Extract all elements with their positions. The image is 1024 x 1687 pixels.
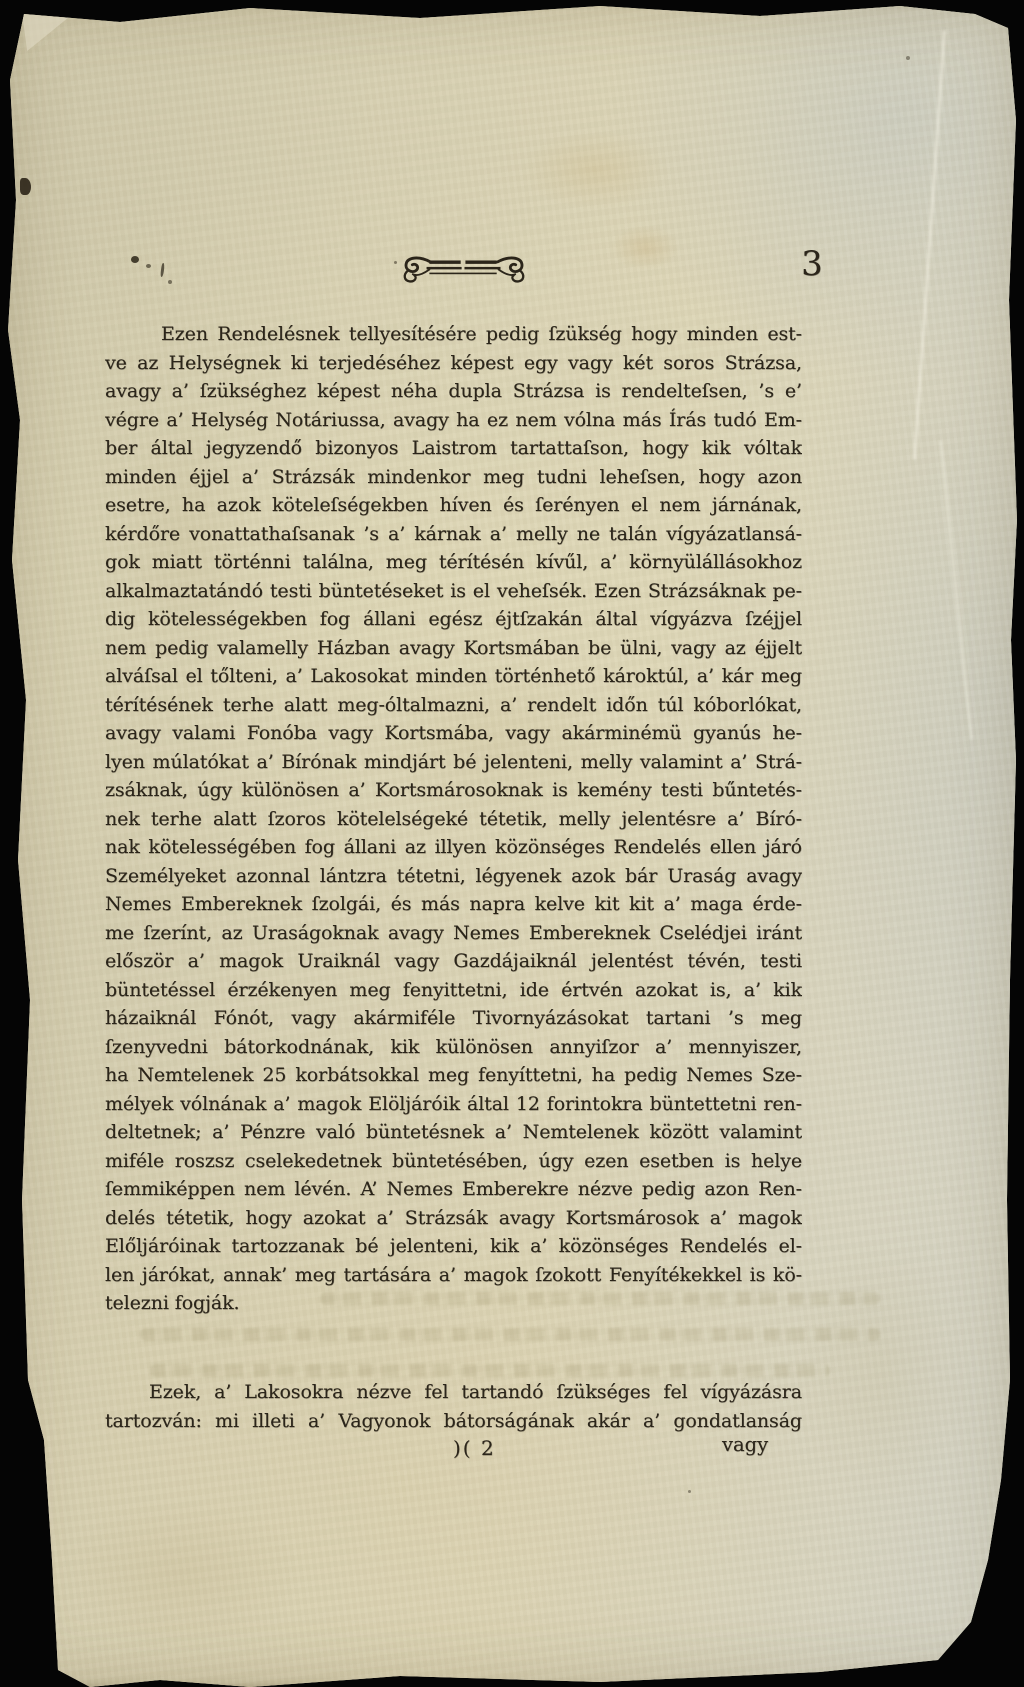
text-line: alváſsal el tőlteni, a’ Lakosokat minden… bbox=[105, 662, 802, 691]
scan-background: 3 Ezen Rendelésnek tellyesítésére pedig … bbox=[0, 0, 1024, 1687]
text-line: deltetnek; a’ Pénzre való büntetésnek a’… bbox=[105, 1118, 802, 1147]
text-line: tartozván: mi illeti a’ Vagyonok bátorsá… bbox=[105, 1407, 802, 1436]
text-line: házaiknál Fónót, vagy akármiféle Tivorny… bbox=[105, 1004, 802, 1033]
book-page: 3 Ezen Rendelésnek tellyesítésére pedig … bbox=[0, 0, 1024, 1687]
ink-speck bbox=[906, 56, 910, 60]
text-line: nem pedig valamelly Házban avagy Kortsmá… bbox=[105, 634, 802, 663]
ink-speck bbox=[688, 1490, 691, 1493]
corner-fold-top-left bbox=[22, 13, 74, 51]
text-line: térítésének terhe alatt meg-óltalmazni, … bbox=[105, 691, 802, 720]
text-line: nek terhe alatt ſzoros kötelelségeké tét… bbox=[105, 805, 802, 834]
text-line: me ſzerínt, az Uraságoknak avagy Nemes E… bbox=[105, 919, 802, 948]
ink-speck bbox=[20, 178, 31, 195]
text-line: delés tétetik, hogy azokat a’ Strázsák a… bbox=[105, 1204, 802, 1233]
text-line: avagy valami Fonóba vagy Kortsmába, vagy… bbox=[105, 719, 802, 748]
text-line: len járókat, annak’ meg tartására a’ mag… bbox=[105, 1261, 802, 1290]
catchword: vagy bbox=[722, 1431, 782, 1459]
text-line: Nemes Embereknek ſzolgái, és más napra k… bbox=[105, 890, 802, 919]
text-line: minden éjjel a’ Strázsák mindenkor meg t… bbox=[105, 463, 802, 492]
text-line: ſemmiképpen nem lévén. A’ Nemes Emberekr… bbox=[105, 1175, 802, 1204]
text-line: mélyek vólnának a’ magok Elöljáróik álta… bbox=[105, 1090, 802, 1119]
ink-speck bbox=[160, 263, 165, 277]
text-line: lyen múlatókat a’ Bírónak mindjárt bé je… bbox=[105, 748, 802, 777]
text-line: esetre, ha azok köteleſségekben híven és… bbox=[105, 491, 802, 520]
text-line: gok miatt történni találna, meg térítésé… bbox=[105, 548, 802, 577]
text-line: zsáknak, úgy különösen a’ Kortsmárosokna… bbox=[105, 776, 802, 805]
text-line: Személyeket azonnal lántzra tétetni, lég… bbox=[105, 862, 802, 891]
text-line: büntetéssel érzékenyen meg fenyittetni, … bbox=[105, 976, 802, 1005]
text-line: végre a’ Helység Notáriussa, avagy ha ez… bbox=[105, 406, 802, 435]
text-line: miféle roszsz cselekedetnek büntetésében… bbox=[105, 1147, 802, 1176]
text-line: dig kötelességekben fog állani egész éjt… bbox=[105, 605, 802, 634]
text-line: először a’ magok Uraiknál vagy Gazdájaik… bbox=[105, 947, 802, 976]
closing-paragraph: Ezek, a’ Lakosokra nézve fel tartandó ſz… bbox=[105, 1378, 802, 1435]
text-line: ſzenyvedni bátorkodnának, kik különösen … bbox=[105, 1033, 802, 1062]
text-line: avagy a’ ſzükséghez képest néha dupla St… bbox=[105, 377, 802, 406]
paper-stain bbox=[790, 1240, 970, 1500]
ink-speck bbox=[146, 264, 151, 268]
bleed-through-text bbox=[150, 1364, 830, 1377]
text-line: ve az Helységnek ki terjedéséhez képest … bbox=[105, 349, 802, 378]
bleed-through-text bbox=[140, 1328, 880, 1341]
ink-speck bbox=[394, 261, 397, 264]
ink-speck bbox=[131, 256, 139, 263]
ink-speck bbox=[168, 280, 172, 284]
paper-crease-right-lower bbox=[939, 441, 972, 740]
main-paragraph: Ezen Rendelésnek tellyesítésére pedig ſz… bbox=[105, 320, 802, 1318]
paper-stain bbox=[610, 225, 680, 270]
paper-stain bbox=[60, 1500, 300, 1650]
paper-crease-right bbox=[913, 30, 946, 459]
page-number: 3 bbox=[788, 244, 836, 284]
text-line: telezni fogják. bbox=[105, 1289, 802, 1318]
text-line: Ezek, a’ Lakosokra nézve fel tartandó ſz… bbox=[105, 1378, 802, 1407]
text-line: nak kötelességében fog állani az illyen … bbox=[105, 833, 802, 862]
text-line: Előljáróinak tartozzanak bé jelenteni, k… bbox=[105, 1232, 802, 1261]
text-line: Ezen Rendelésnek tellyesítésére pedig ſz… bbox=[105, 320, 802, 349]
text-line: alkalmaztatándó testi büntetéseket is el… bbox=[105, 577, 802, 606]
paper-stain bbox=[520, 130, 670, 210]
text-line: ha Nemtelenek 25 korbátsokkal meg fenyít… bbox=[105, 1061, 802, 1090]
corner-fold-bottom-right bbox=[950, 1548, 1012, 1666]
gathering-signature-mark: )( 2 bbox=[453, 1434, 496, 1462]
text-line: ber által jegyzendő bizonyos Laistrom ta… bbox=[105, 434, 802, 463]
printers-rule-flourish-icon bbox=[400, 252, 528, 286]
text-line: kérdőre vonattathaſsanak ’s a’ kárnak a’… bbox=[105, 520, 802, 549]
